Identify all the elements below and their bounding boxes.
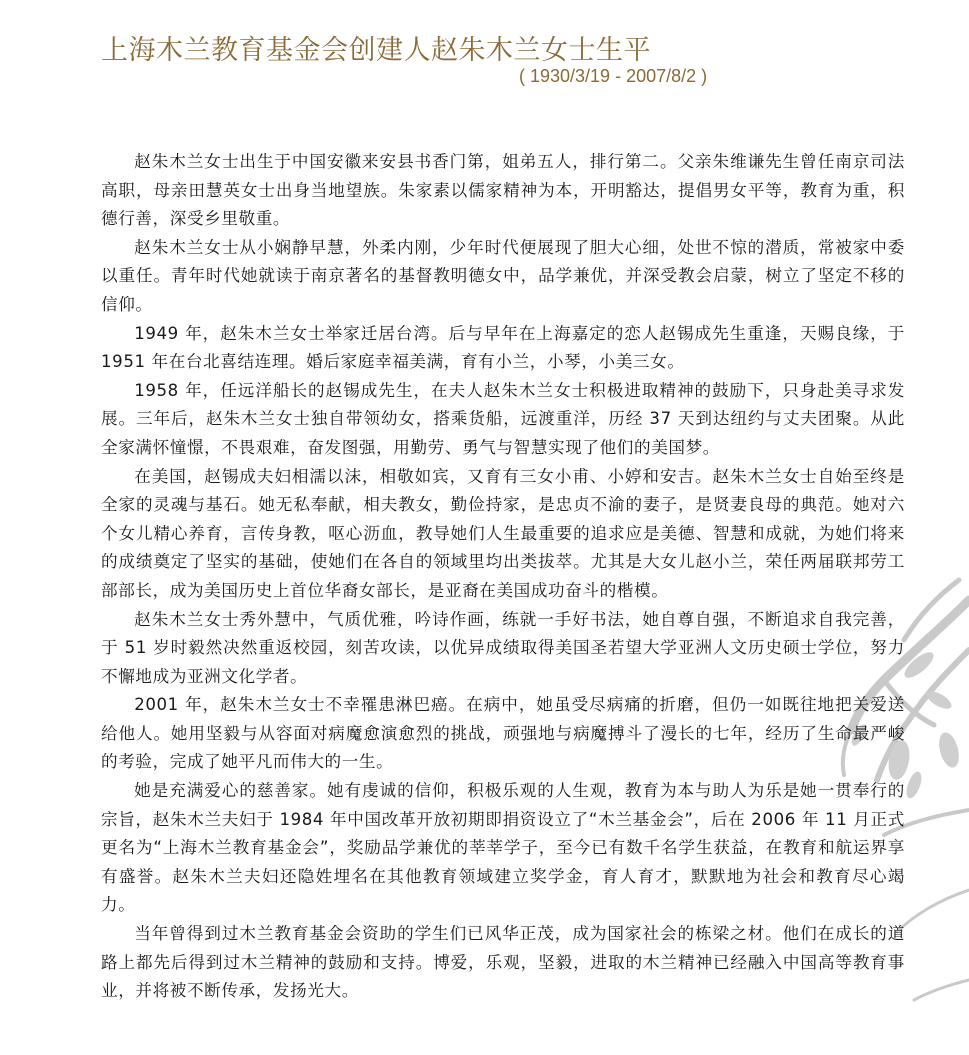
- paragraph-education-scholar: 赵朱木兰女士秀外慧中，气质优雅，吟诗作画，练就一手好书法，她自尊自强，不断追求自…: [101, 606, 905, 692]
- paragraph-taiwan-marriage: 1949 年，赵朱木兰女士举家迁居台湾。后与早年在上海嘉定的恋人赵锡成先生重逢，…: [101, 320, 905, 377]
- biography-body: 赵朱木兰女士出生于中国安徽来安县书香门第，姐弟五人，排行第二。父亲朱维谦先生曾任…: [101, 148, 905, 1006]
- paragraph-youth: 赵朱木兰女士从小娴静早慧，外柔内刚，少年时代便展现了胆大心细，处世不惊的潜质，常…: [101, 234, 905, 320]
- paragraph-family-life-usa: 在美国，赵锡成夫妇相濡以沫，相敬如宾，又育有三女小甫、小婷和安吉。赵朱木兰女士自…: [101, 463, 905, 606]
- paragraph-illness: 2001 年，赵朱木兰女士不幸罹患淋巴癌。在病中，她虽受尽病痛的折磨，但仍一如既…: [101, 691, 905, 777]
- life-dates: ( 1930/3/19 - 2007/8/2 ): [519, 66, 707, 87]
- paragraph-legacy: 当年曾得到过木兰教育基金会资助的学生们已风华正茂，成为国家社会的栋梁之材。他们在…: [101, 920, 905, 1006]
- paragraph-philanthropy: 她是充满爱心的慈善家。她有虔诚的信仰，积极乐观的人生观，教育为本与助人为乐是她一…: [101, 777, 905, 920]
- page-title: 上海木兰教育基金会创建人赵朱木兰女士生平: [101, 28, 651, 67]
- paragraph-birth-family: 赵朱木兰女士出生于中国安徽来安县书香门第，姐弟五人，排行第二。父亲朱维谦先生曾任…: [101, 148, 905, 234]
- paragraph-emigration: 1958 年，任远洋船长的赵锡成先生，在夫人赵朱木兰女士积极进取精神的鼓励下，只…: [101, 377, 905, 463]
- biography-page: 上海木兰教育基金会创建人赵朱木兰女士生平 ( 1930/3/19 - 2007/…: [0, 0, 969, 1055]
